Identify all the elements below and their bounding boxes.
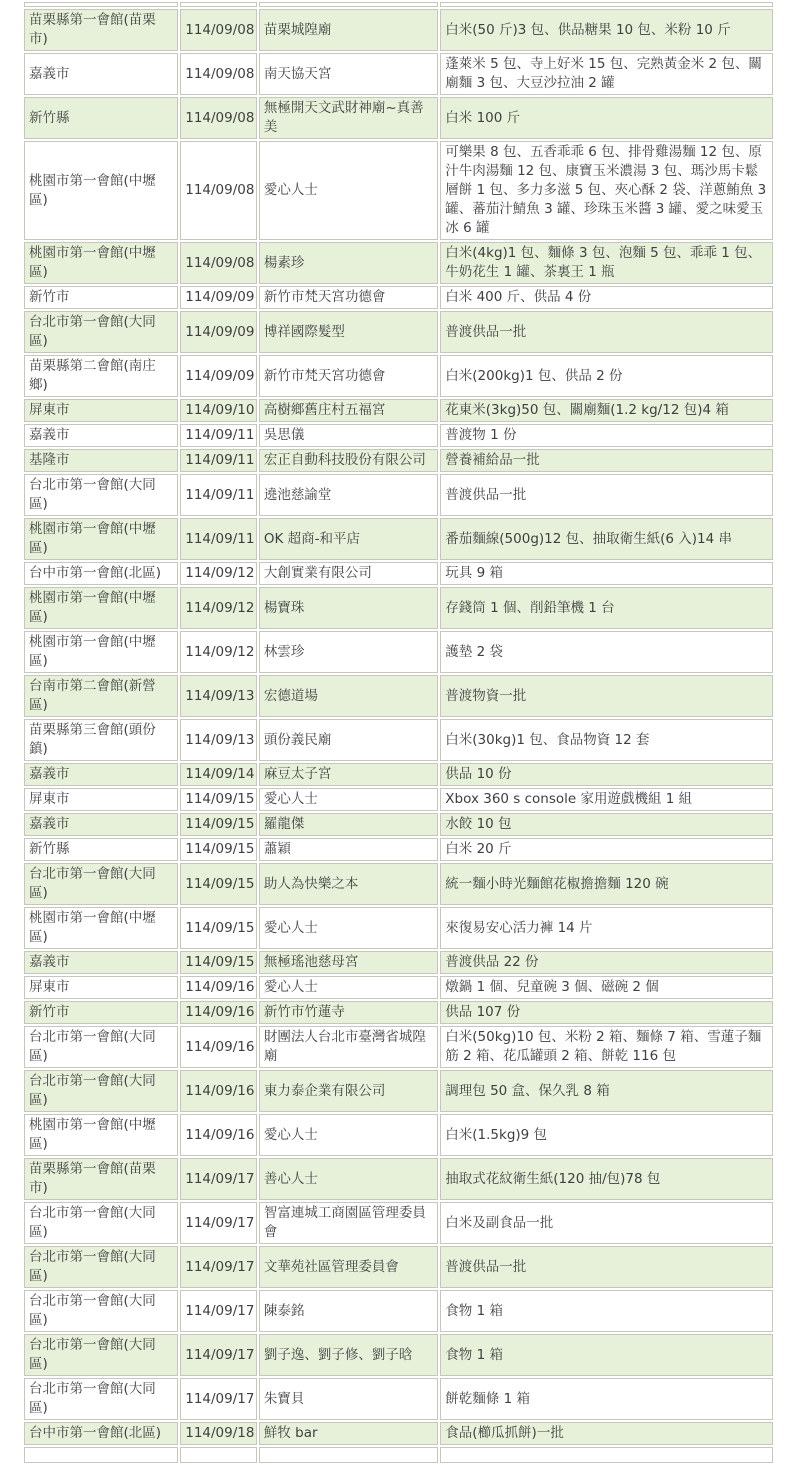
cell-items: 營養補給品一批 (440, 449, 773, 472)
cell-items: 供品 10 份 (440, 763, 773, 786)
cell-date: 114/09/12 (180, 562, 257, 585)
cell-date: 114/09/15 (180, 788, 257, 811)
cell-location: 苗栗縣第二會館(南庄鄉) (24, 355, 178, 397)
cell-donor: 蕭穎 (259, 838, 438, 861)
cell-date: 114/09/15 (180, 863, 257, 905)
cell-items: 花東米(3kg)50 包、關廟麵(1.2 kg/12 包)4 箱 (440, 399, 773, 422)
table-row: 新竹縣114/09/15蕭穎白米 20 斤 (24, 838, 773, 861)
cell-items: 玩具 9 箱 (440, 562, 773, 585)
cell-location (24, 2, 178, 7)
cell-donor: 宏正自動科技股份有限公司 (259, 449, 438, 472)
cell-date: 114/09/15 (180, 838, 257, 861)
cell-items: 來復易安心活力褲 14 片 (440, 907, 773, 949)
cell-location: 嘉義市 (24, 813, 178, 836)
cell-donor: 愛心人士 (259, 907, 438, 949)
cell-location: 新竹縣 (24, 838, 178, 861)
cell-donor: OK 超商-和平店 (259, 518, 438, 560)
cell-items: 普渡供品一批 (440, 311, 773, 353)
cell-donor: 苗栗城隍廟 (259, 9, 438, 51)
cell-items: 護墊 2 袋 (440, 631, 773, 673)
cell-donor: 吳思儀 (259, 424, 438, 447)
cell-donor: 助人為快樂之本 (259, 863, 438, 905)
cell-date: 114/09/08 (180, 97, 257, 139)
table-row: 新竹市114/09/09新竹市梵天宮功德會白米 400 斤、供品 4 份 (24, 286, 773, 309)
cell-location: 嘉義市 (24, 424, 178, 447)
cell-location: 桃園市第一會館(中壢區) (24, 907, 178, 949)
cell-location: 苗栗縣第一會館(苗栗市) (24, 9, 178, 51)
cell-date: 114/09/15 (180, 951, 257, 965)
cell-date: 114/09/15 (180, 813, 257, 836)
donation-records-region: 苗栗縣第一會館(苗栗市)114/09/08苗栗城隍廟白米(50 斤)3 包、供品… (22, 0, 778, 965)
cell-date: 114/09/10 (180, 399, 257, 422)
cell-items: 普渡物 1 份 (440, 424, 773, 447)
cell-items: 蓬萊米 5 包、寺上好米 15 包、完熟黃金米 2 包、關廟麵 3 包、大豆沙拉… (440, 53, 773, 95)
cell-location: 新竹縣 (24, 97, 178, 139)
cell-date: 114/09/08 (180, 53, 257, 95)
cell-date: 114/09/12 (180, 631, 257, 673)
cell-donor: 楊寶珠 (259, 587, 438, 629)
table-row: 新竹縣114/09/08無極開天文武財神廟~真善美白米 100 斤 (24, 97, 773, 139)
cell-date (180, 2, 257, 7)
cell-location: 屏東市 (24, 788, 178, 811)
table-row: 台南市第二會館(新營區)114/09/13宏德道場普渡物資一批 (24, 675, 773, 717)
cell-donor: 南天協天宮 (259, 53, 438, 95)
cell-items: 水餃 10 包 (440, 813, 773, 836)
cell-date: 114/09/15 (180, 907, 257, 949)
table-row: 台中市第一會館(北區)114/09/12大創實業有限公司玩具 9 箱 (24, 562, 773, 585)
table-row: 屏東市114/09/15愛心人士Xbox 360 s console 家用遊戲機… (24, 788, 773, 811)
cell-items: 白米(30kg)1 包、食品物資 12 套 (440, 719, 773, 761)
cell-date: 114/09/11 (180, 424, 257, 447)
cropped-row-top (24, 2, 773, 7)
cell-items: 普渡物資一批 (440, 675, 773, 717)
cell-location: 桃園市第一會館(中壢區) (24, 587, 178, 629)
cell-donor: 新竹市梵天宮功德會 (259, 286, 438, 309)
cell-donor (259, 2, 438, 7)
cell-donor: 愛心人士 (259, 141, 438, 240)
cell-date: 114/09/14 (180, 763, 257, 786)
table-row: 苗栗縣第三會館(頭份鎮)114/09/13頭份義民廟白米(30kg)1 包、食品… (24, 719, 773, 761)
cell-donor: 麻豆太子宮 (259, 763, 438, 786)
cell-date: 114/09/12 (180, 587, 257, 629)
table-row: 台北市第一會館(大同區)114/09/11遶池慈諭堂普渡供品一批 (24, 474, 773, 516)
cell-location: 苗栗縣第三會館(頭份鎮) (24, 719, 178, 761)
cell-donor: 頭份義民廟 (259, 719, 438, 761)
cell-items: 白米(50 斤)3 包、供品糖果 10 包、米粉 10 斤 (440, 9, 773, 51)
cell-location: 桃園市第一會館(中壢區) (24, 518, 178, 560)
cell-location: 桃園市第一會館(中壢區) (24, 242, 178, 284)
cell-date: 114/09/13 (180, 719, 257, 761)
table-row: 桃園市第一會館(中壢區)114/09/11OK 超商-和平店番茄麵線(500g)… (24, 518, 773, 560)
cell-location: 新竹市 (24, 286, 178, 309)
cell-donor: 新竹市梵天宮功德會 (259, 355, 438, 397)
table-row: 桃園市第一會館(中壢區)114/09/12楊寶珠存錢筒 1 個、削鉛筆機 1 台 (24, 587, 773, 629)
table-row: 基隆市114/09/11宏正自動科技股份有限公司營養補給品一批 (24, 449, 773, 472)
cell-location: 桃園市第一會館(中壢區) (24, 631, 178, 673)
cell-items: 白米 100 斤 (440, 97, 773, 139)
cell-date: 114/09/09 (180, 311, 257, 353)
table-row: 台北市第一會館(大同區)114/09/09博祥國際髮型普渡供品一批 (24, 311, 773, 353)
cell-date: 114/09/11 (180, 449, 257, 472)
cell-items: 白米(4kg)1 包、麵條 3 包、泡麵 5 包、乖乖 1 包、牛奶花生 1 罐… (440, 242, 773, 284)
table-row: 桃園市第一會館(中壢區)114/09/12林雲珍護墊 2 袋 (24, 631, 773, 673)
donation-records-table: 苗栗縣第一會館(苗栗市)114/09/08苗栗城隍廟白米(50 斤)3 包、供品… (22, 0, 775, 965)
cell-donor: 遶池慈諭堂 (259, 474, 438, 516)
cell-items: 白米(200kg)1 包、供品 2 份 (440, 355, 773, 397)
cell-date: 114/09/08 (180, 9, 257, 51)
cell-donor: 林雲珍 (259, 631, 438, 673)
table-row: 桃園市第一會館(中壢區)114/09/08愛心人士可樂果 8 包、五香乖乖 6 … (24, 141, 773, 240)
cell-date: 114/09/09 (180, 286, 257, 309)
cell-items: 白米 400 斤、供品 4 份 (440, 286, 773, 309)
cell-items: 普渡供品一批 (440, 474, 773, 516)
cell-items: 普渡供品 22 份 (440, 951, 773, 965)
cell-items: 番茄麵線(500g)12 包、抽取衛生紙(6 入)14 串 (440, 518, 773, 560)
cell-location: 台北市第一會館(大同區) (24, 863, 178, 905)
cell-donor: 大創實業有限公司 (259, 562, 438, 585)
cell-donor: 楊素珍 (259, 242, 438, 284)
cell-donor: 愛心人士 (259, 788, 438, 811)
cell-location: 桃園市第一會館(中壢區) (24, 141, 178, 240)
cell-location: 嘉義市 (24, 53, 178, 95)
table-row: 嘉義市114/09/14麻豆太子宮供品 10 份 (24, 763, 773, 786)
cell-location: 嘉義市 (24, 763, 178, 786)
cell-location: 基隆市 (24, 449, 178, 472)
cell-items (440, 2, 773, 7)
table-row: 屏東市114/09/10高樹鄉舊庄村五福宮花東米(3kg)50 包、關廟麵(1.… (24, 399, 773, 422)
cell-donor: 高樹鄉舊庄村五福宮 (259, 399, 438, 422)
cell-date: 114/09/11 (180, 518, 257, 560)
cell-donor: 羅龍傑 (259, 813, 438, 836)
cell-donor: 宏德道場 (259, 675, 438, 717)
table-row: 台北市第一會館(大同區)114/09/15助人為快樂之本統一麵小時光麵館花椒擔擔… (24, 863, 773, 905)
table-row: 嘉義市114/09/11吳思儀普渡物 1 份 (24, 424, 773, 447)
cell-location: 台中市第一會館(北區) (24, 562, 178, 585)
table-row: 嘉義市114/09/15羅龍傑水餃 10 包 (24, 813, 773, 836)
cell-items: 存錢筒 1 個、削鉛筆機 1 台 (440, 587, 773, 629)
table-row: 桃園市第一會館(中壢區)114/09/08楊素珍白米(4kg)1 包、麵條 3 … (24, 242, 773, 284)
table-row: 嘉義市114/09/08南天協天宮蓬萊米 5 包、寺上好米 15 包、完熟黃金米… (24, 53, 773, 95)
cell-date: 114/09/13 (180, 675, 257, 717)
cell-location: 台北市第一會館(大同區) (24, 311, 178, 353)
cell-location: 屏東市 (24, 399, 178, 422)
cell-donor: 無極開天文武財神廟~真善美 (259, 97, 438, 139)
donation-table-body: 苗栗縣第一會館(苗栗市)114/09/08苗栗城隍廟白米(50 斤)3 包、供品… (24, 2, 773, 965)
cell-date: 114/09/11 (180, 474, 257, 516)
table-row: 苗栗縣第二會館(南庄鄉)114/09/09新竹市梵天宮功德會白米(200kg)1… (24, 355, 773, 397)
cell-date: 114/09/08 (180, 242, 257, 284)
cell-items: 可樂果 8 包、五香乖乖 6 包、排骨雞湯麵 12 包、原汁牛肉湯麵 12 包、… (440, 141, 773, 240)
table-row: 嘉義市114/09/15無極瑤池慈母宮普渡供品 22 份 (24, 951, 773, 965)
cell-date: 114/09/08 (180, 141, 257, 240)
cell-date: 114/09/09 (180, 355, 257, 397)
cell-items: Xbox 360 s console 家用遊戲機組 1 組 (440, 788, 773, 811)
table-row: 苗栗縣第一會館(苗栗市)114/09/08苗栗城隍廟白米(50 斤)3 包、供品… (24, 9, 773, 51)
cell-location: 台南市第二會館(新營區) (24, 675, 178, 717)
cell-location: 嘉義市 (24, 951, 178, 965)
cell-items: 統一麵小時光麵館花椒擔擔麵 120 碗 (440, 863, 773, 905)
cell-items: 白米 20 斤 (440, 838, 773, 861)
cell-location: 台北市第一會館(大同區) (24, 474, 178, 516)
cell-donor: 博祥國際髮型 (259, 311, 438, 353)
cell-donor: 無極瑤池慈母宮 (259, 951, 438, 965)
table-row: 桃園市第一會館(中壢區)114/09/15愛心人士來復易安心活力褲 14 片 (24, 907, 773, 949)
